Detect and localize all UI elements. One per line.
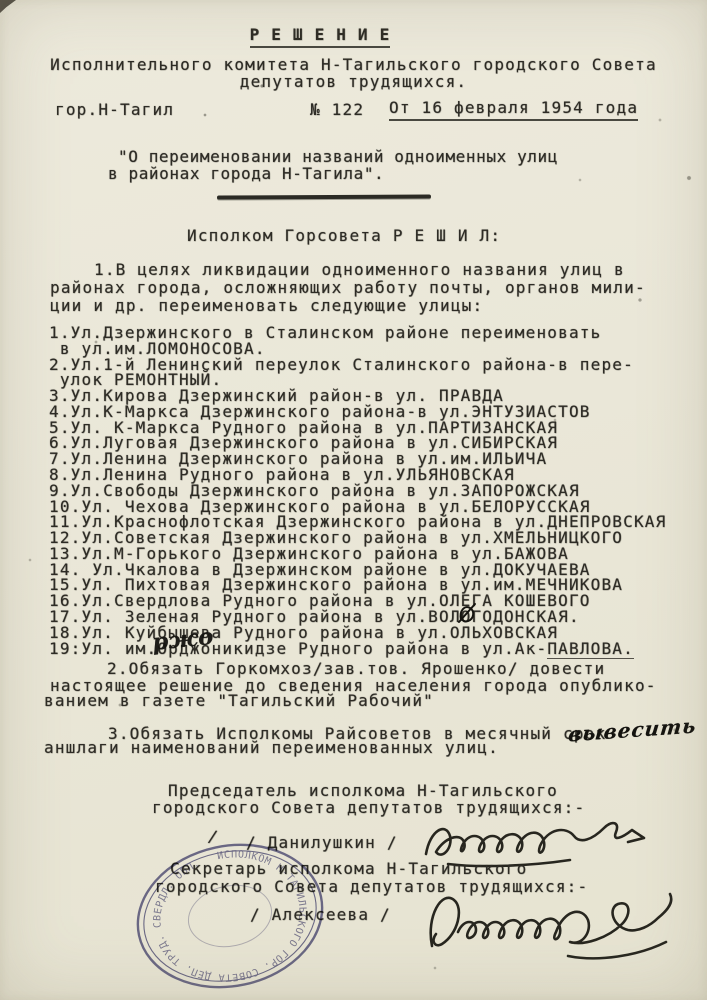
preamble-line-2: районах города, осложняющих работу почты… — [50, 279, 646, 296]
strike-correction-item17 — [457, 602, 477, 624]
official-stamp: ИСПОЛКОМ Н-ТАГИЛЬСКОГО ГОР. СОВЕТА ДЕП. … — [130, 840, 330, 998]
corner-smudge — [0, 0, 16, 13]
doc-title-text: Р Е Ш Е Н И Е — [250, 25, 391, 48]
chairman-title-line-1: Председатель исполкома Н-Тагильского — [168, 782, 558, 799]
secretary-autograph — [418, 880, 703, 970]
street-item-19-prefix: 19:Ул. им.Орджоникидзе Рудного района в … — [49, 639, 547, 658]
doc-number: № 122 — [310, 101, 364, 118]
handwritten-word: вывесить — [568, 717, 698, 743]
doc-date: От 16 февраля 1954 года — [389, 99, 638, 116]
doc-date-text: От 16 февраля 1954 года — [389, 98, 638, 121]
doc-title: Р Е Ш Е Н И Е — [0, 26, 640, 43]
preamble-line-3: ции и др. переименовать следующие улицы: — [50, 297, 483, 314]
divider-rule — [217, 194, 431, 199]
subject-line-2: в районах города Н-Тагила". — [108, 165, 384, 182]
paragraph2-line-1: 2.Обязать Горкомхоз/зав.тов. Ярошенко/ д… — [107, 660, 605, 677]
org-line-2: депутатов трудящихся. — [0, 73, 707, 90]
street-item-19-underlined: ПАВЛОВА. — [547, 639, 634, 659]
paragraph2-line-3: ванием в газете "Тагильский Рабочий" — [44, 692, 434, 709]
city: гор.Н-Тагил — [55, 101, 174, 118]
resolved-heading: Исполком Горсовета Р Е Ш И Л: — [187, 227, 501, 244]
document-page: Р Е Ш Е Н И Е Исполнительного комитета Н… — [0, 0, 707, 1000]
subject-line-1: "О переименовании названий одноименных у… — [118, 148, 558, 165]
org-line-1: Исполнительного комитета Н-Тагильского г… — [0, 56, 707, 73]
street-item-19: 19:Ул. им.Орджоникидзе Рудного района в … — [49, 640, 634, 657]
preamble-line-1: 1.В целях ликвидации одноименного назван… — [94, 261, 625, 278]
paragraph3-line-2: аншлаги наименований переименованных ули… — [44, 739, 499, 756]
